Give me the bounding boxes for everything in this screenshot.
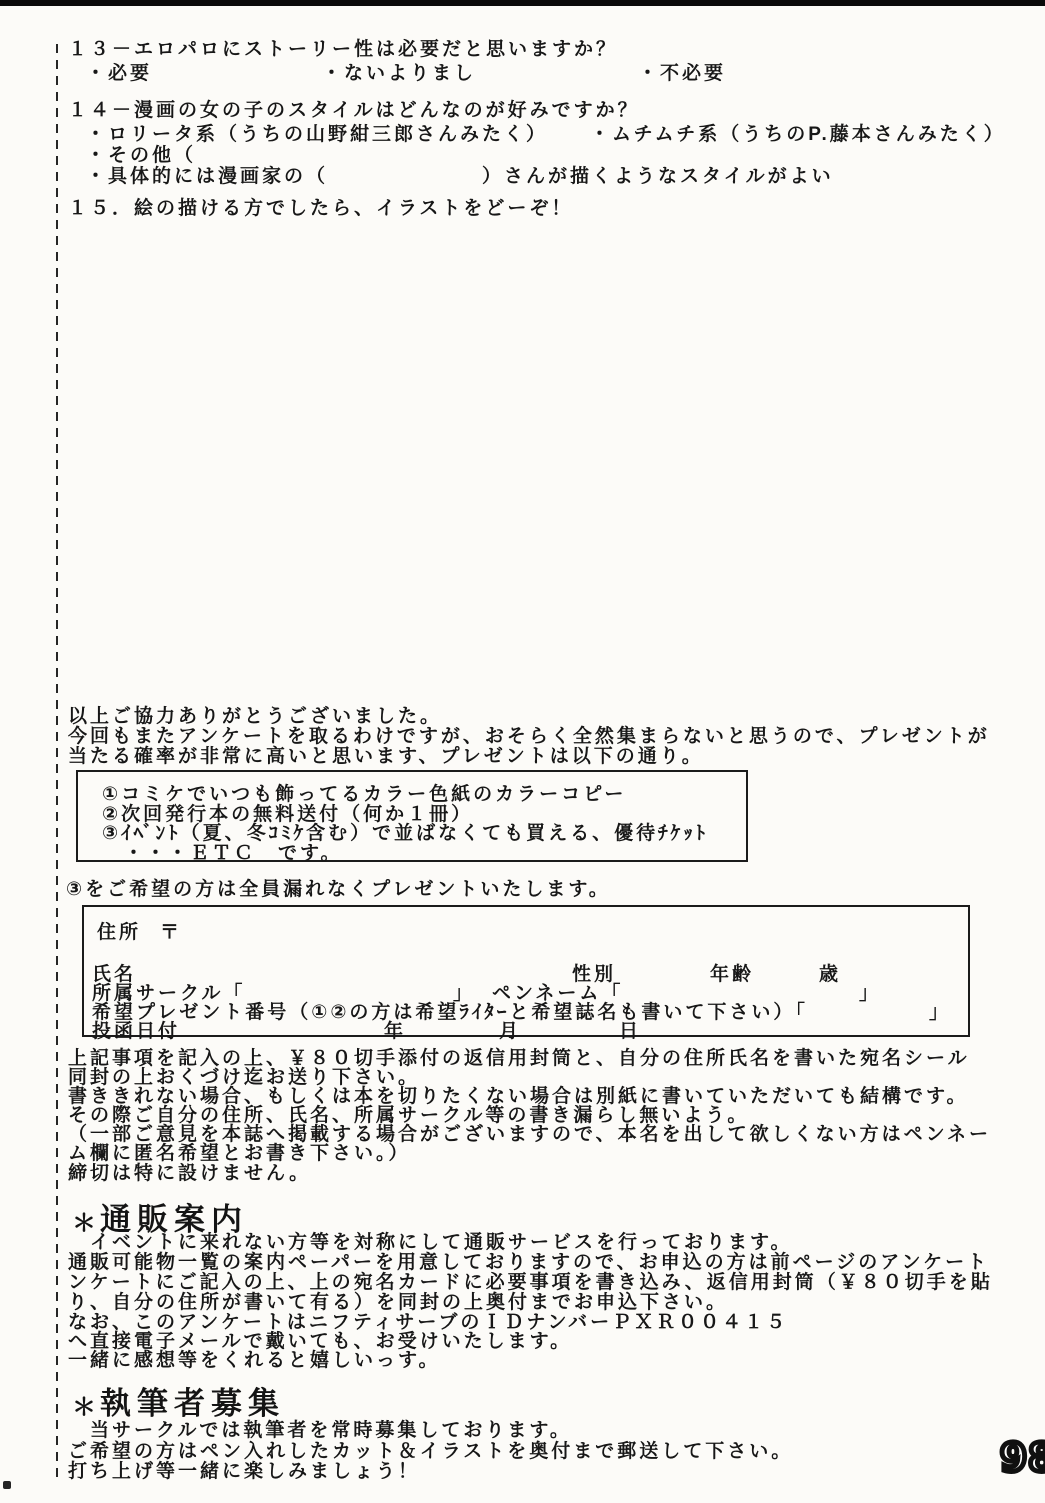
question-14-title: １４－漫画の女の子のスタイルはどんなのが好みですか？ <box>68 100 640 121</box>
q13-option-necessary: ・必要 <box>86 63 152 84</box>
prize-item-etc: ・・・ＥＴＣ です。 <box>102 844 746 864</box>
prize-number-field-label: 希望プレゼント番号（①②の方は希望ﾗｲﾀｰと希望誌名も書いて下さい）「 <box>92 997 808 1024</box>
prize-item-3: ③ｲﾍﾞﾝﾄ（夏、冬ｺﾐｹ含む）で並ばなくても買える、優待ﾁｹｯﾄ <box>102 824 746 844</box>
scanned-survey-page: １３－エロパロにストーリー性は必要だと思いますか？ ・必要 ・ないよりまし ・不… <box>0 0 1045 1503</box>
month-label: 月 <box>499 1016 521 1043</box>
binding-dashed-line <box>56 44 58 1480</box>
prize-number-close-quote: 」 <box>929 997 951 1024</box>
reader-info-form-box: 住所 〒 氏名 性別 年齢 歳 所属サークル「 」 ペンネーム「 」 希望プレゼ… <box>82 905 970 1037</box>
recruiting-line: 当サークルでは執筆者を常時募集しております。 <box>68 1420 572 1441</box>
mailing-note: 書ききれない場合、もしくは本を切りたくない場合は別紙に書いていただいても結構です… <box>68 1086 968 1107</box>
mail-order-line: 一緒に感想等をくれると嬉しいっす。 <box>68 1350 440 1371</box>
recruiting-heading: 執筆者募集 <box>100 1378 285 1423</box>
age-unit-label: 歳 <box>819 959 841 986</box>
mail-order-line: なお、このアンケートはニフティサーブのＩＤナンバーＰＸＲ００４１５ <box>68 1312 788 1333</box>
page-number: 98 <box>1000 1436 1045 1481</box>
penname-field-close-quote: 」 <box>859 978 881 1005</box>
postal-mark-icon: 〒 <box>160 917 182 944</box>
asterisk-marker-icon: ＊ <box>72 1387 98 1422</box>
post-date-label: 投函日付 <box>92 1016 180 1043</box>
recruiting-line: 打ち上げ等一緒に楽しみましょう！ <box>68 1461 420 1482</box>
q14-option-specific-artist: ・具体的には漫画家の（ ）さんが描くようなスタイルがよい <box>86 166 834 187</box>
recruiting-line: ご希望の方はペン入れしたカット＆イラストを奥付まで郵送して下さい。 <box>68 1441 793 1462</box>
mail-order-line: イベントに来れない方等を対称にして通販サービスを行っております。 <box>68 1232 792 1253</box>
mail-order-line: へ直接電子メールで戴いても、お受けいたします。 <box>68 1331 572 1352</box>
mail-order-line: り、自分の住所が書いて有る）を同封の上奥付までお申込下さい。 <box>68 1292 728 1313</box>
q14-option-other: ・その他（ <box>86 145 196 166</box>
day-label: 日 <box>619 1016 641 1043</box>
mailing-note: 同封の上おくづけ迄お送り下さい。 <box>68 1067 420 1088</box>
mailing-note: ム欄に匿名希望とお書き下さい。） <box>68 1143 411 1164</box>
address-label: 住所 <box>97 917 141 944</box>
year-label: 年 <box>384 1016 406 1043</box>
scan-speck <box>3 1481 11 1489</box>
mail-order-line: 通販可能物一覧の案内ペーパーを用意しておりますので、お申込の方は前ページのアンケ… <box>68 1252 989 1273</box>
prize-item-2: ②次回発行本の無料送付（何か１冊） <box>102 805 746 825</box>
q13-option-unnecessary: ・不必要 <box>638 63 726 84</box>
prize-note: ③をご希望の方は全員漏れなくプレゼントいたします。 <box>66 879 611 900</box>
thanks-line: 今回もまたアンケートを取るわけですが、おそらく全然集まらないと思うので、プレゼン… <box>68 726 990 747</box>
q14-option-lolita: ・ロリータ系（うちの山野紺三郎さんみたく） <box>86 124 548 145</box>
question-15-title: １５．絵の描ける方でしたら、イラストをどーぞ！ <box>68 198 573 219</box>
mail-order-line: ンケートにご記入の上、上の宛名カードに必要事項を書き込み、返信用封筒（￥８０切手… <box>68 1272 993 1293</box>
prize-list-box: ①コミケでいつも飾ってるカラー色紙のカラーコピー ②次回発行本の無料送付（何か１… <box>76 770 748 862</box>
thanks-line: 以上ご協力ありがとうございました。 <box>68 706 442 727</box>
mailing-note: 上記事項を記入の上、￥８０切手添付の返信用封筒と、自分の住所氏名を書いた宛名シー… <box>68 1048 970 1069</box>
mailing-note: （一部ご意見を本誌へ掲載する場合がございますので、本名を出して欲しくない方はペン… <box>68 1124 991 1145</box>
question-13-title: １３－エロパロにストーリー性は必要だと思いますか？ <box>68 39 618 60</box>
thanks-line: 当たる確率が非常に高いと思います、プレゼントは以下の通り。 <box>68 746 704 767</box>
age-label: 年齢 <box>710 959 754 986</box>
mailing-note: その際ご自分の住所、氏名、所属サークル等の書き漏らし無いよう。 <box>68 1105 749 1126</box>
mailing-note: 締切は特に設けません。 <box>68 1163 311 1184</box>
scan-edge-bar <box>0 0 1045 6</box>
q14-option-muchimuchi: ・ムチムチ系（うちのP.藤本さんみたく） <box>590 124 1006 145</box>
prize-item-1: ①コミケでいつも飾ってるカラー色紙のカラーコピー <box>102 785 746 805</box>
q13-option-better-than-none: ・ないよりまし <box>322 63 476 84</box>
